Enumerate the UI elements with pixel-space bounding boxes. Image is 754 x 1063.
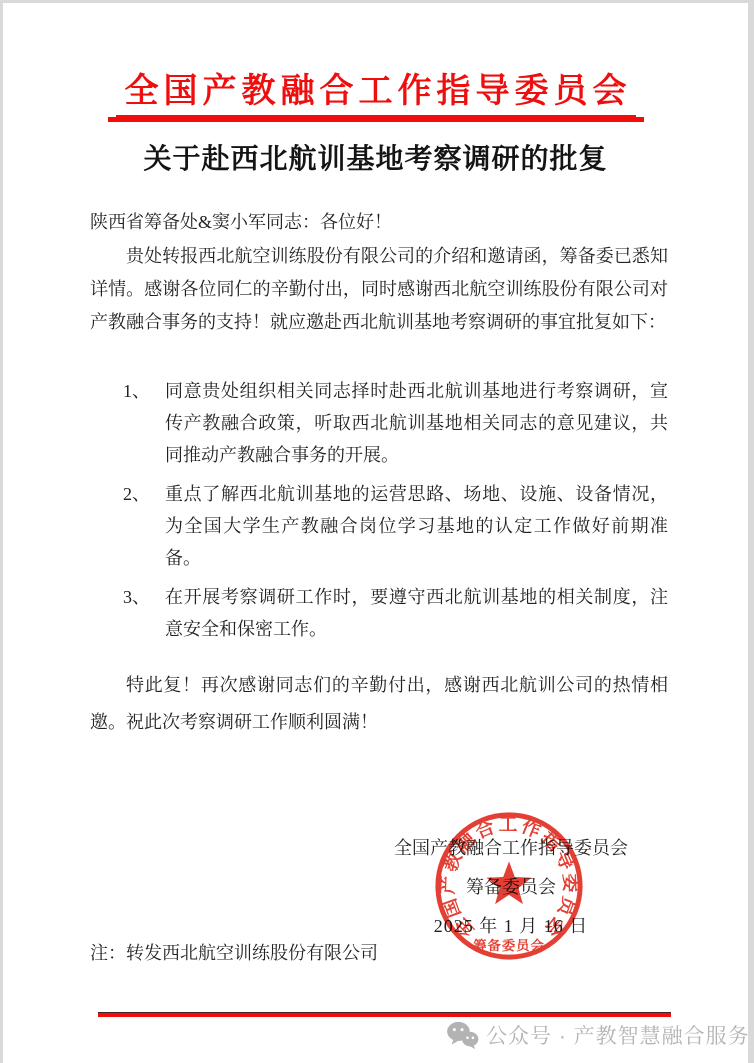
list-item: 1、 同意贵处组织相关同志择时赴西北航训基地进行考察调研，宣传产教融合政策，听取… <box>90 375 668 471</box>
signature-block: 全国产教融合工作指导委员会 筹备委员会 2025 年 1 月 16 日 <box>372 836 650 938</box>
list-item-text: 重点了解西北航训基地的运营思路、场地、设施、设备情况，为全国大学生产教融合岗位学… <box>165 484 668 568</box>
list-item-number: 2、 <box>123 478 150 510</box>
approval-list: 1、 同意贵处组织相关同志择时赴西北航训基地进行考察调研，宣传产教融合政策，听取… <box>90 375 668 652</box>
footer-rule <box>98 1012 671 1017</box>
document-page: 全国产教融合工作指导委员会 关于赴西北航训基地考察调研的批复 陕西省筹备处&窦小… <box>3 3 748 1063</box>
list-item-text: 在开展考察调研工作时，要遵守西北航训基地的相关制度，注意安全和保密工作。 <box>165 587 668 639</box>
signature-dept: 筹备委员会 <box>372 875 650 914</box>
list-item: 2、 重点了解西北航训基地的运营思路、场地、设施、设备情况，为全国大学生产教融合… <box>90 478 668 574</box>
list-item-text: 同意贵处组织相关同志择时赴西北航训基地进行考察调研，宣传产教融合政策，听取西北航… <box>165 381 668 465</box>
screenshot-root: { "letterhead": { "org_name": "全国产教融合工作指… <box>0 0 754 1063</box>
closing-paragraph: 特此复！再次感谢同志们的辛勤付出，感谢西北航训公司的热情相邀。祝此次考察调研工作… <box>90 667 668 741</box>
document-title: 关于赴西北航训基地考察调研的批复 <box>3 137 748 177</box>
letterhead-rule <box>108 117 644 122</box>
watermark-label: 公众号 · 产教智慧融合服务 <box>486 1020 750 1050</box>
list-item: 3、 在开展考察调研工作时，要遵守西北航训基地的相关制度，注意安全和保密工作。 <box>90 581 668 645</box>
forward-note: 注：转发西北航空训练股份有限公司 <box>90 939 668 967</box>
signature-org: 全国产教融合工作指导委员会 <box>372 836 650 875</box>
wechat-icon <box>446 1021 479 1050</box>
letterhead-org-name: 全国产教融合工作指导委员会 <box>116 63 636 117</box>
intro-paragraph: 贵处转报西北航空训练股份有限公司的介绍和邀请函，筹备委已悉知详情。感谢各位同仁的… <box>90 240 668 339</box>
salutation: 陕西省筹备处&窦小军同志：各位好！ <box>90 206 668 239</box>
letterhead: 全国产教融合工作指导委员会 <box>3 63 748 117</box>
list-item-number: 3、 <box>123 581 150 613</box>
watermark: 公众号 · 产教智慧融合服务 <box>446 1020 750 1050</box>
list-item-number: 1、 <box>123 375 150 407</box>
signature-date: 2025 年 1 月 16 日 <box>372 914 650 938</box>
